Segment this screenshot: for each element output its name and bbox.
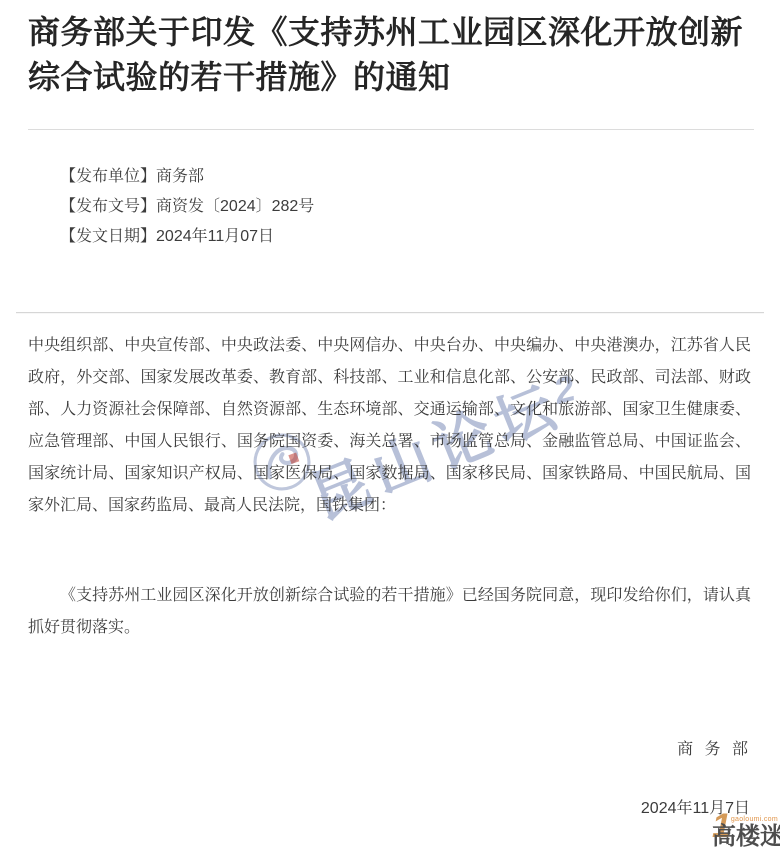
meta-block: 【发布单位】商务部 【发布文号】商资发〔2024〕282号 【发文日期】2024…: [60, 162, 740, 252]
meta-row-doc-number: 【发布文号】商资发〔2024〕282号: [60, 192, 740, 222]
signature: 商 务 部: [677, 736, 749, 759]
gaoloumi-logo: gaoloumi.com 1 高楼迷: [692, 816, 780, 850]
logo-cjk-text: 高楼迷: [712, 823, 780, 850]
meta-row-publisher: 【发布单位】商务部: [60, 162, 740, 192]
meta-label: 【发布单位】: [60, 168, 156, 185]
notice-paragraph: 《支持苏州工业园区深化开放创新综合试验的若干措施》已经国务院同意，现印发给你们，…: [28, 580, 751, 644]
meta-value: 2024年11月07日: [156, 228, 274, 245]
meta-label: 【发布文号】: [60, 198, 156, 215]
meta-value: 商资发〔2024〕282号: [156, 198, 314, 215]
meta-value: 商务部: [156, 168, 204, 185]
meta-row-issue-date: 【发文日期】2024年11月07日: [60, 222, 740, 252]
signature-date: 2024年11月7日: [641, 795, 750, 818]
meta-label: 【发文日期】: [60, 228, 156, 245]
meta-divider: [16, 312, 764, 313]
recipients-paragraph: 中央组织部、中央宣传部、中央政法委、中央网信办、中央台办、中央编办、中央港澳办，…: [28, 330, 751, 522]
page-title: 商务部关于印发《支持苏州工业园区深化开放创新综合试验的若干措施》的通知: [28, 10, 754, 100]
logo-text: 1 高楼迷: [692, 824, 780, 850]
document-page: 商务部关于印发《支持苏州工业园区深化开放创新综合试验的若干措施》的通知 【发布单…: [0, 0, 780, 852]
title-divider: [28, 129, 754, 130]
